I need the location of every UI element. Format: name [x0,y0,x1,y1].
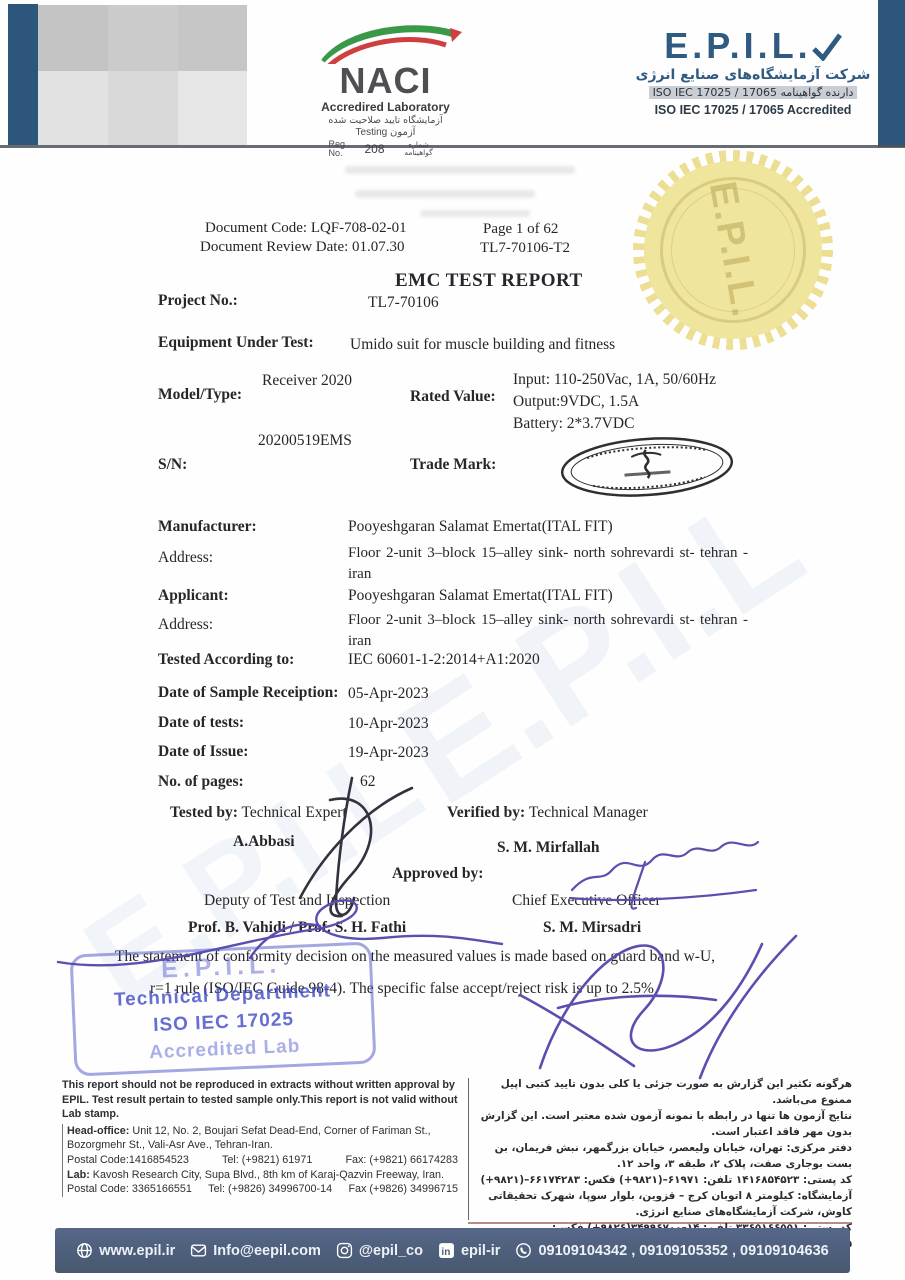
instagram-item: @epil_co [336,1242,423,1259]
rated-value-line1: Input: 110-250Vac, 1A, 50/60Hz [513,371,716,389]
head-office-contact-line: Postal Code:1416854523 Tel: (+9821) 6197… [67,1153,464,1168]
contact-bar: www.epil.ir Info@eepil.com @epil_co in e… [55,1228,850,1273]
footer-notice1-fa: هرگونه تکثیر این گزارش به صورت جزئی یا ک… [476,1076,852,1108]
lab-contact-line: Postal Code: 3365166551 Tel: (+9826) 349… [67,1182,464,1197]
naci-logo: NACI Accredired Laboratory آزمایشگاه تای… [288,20,483,158]
fax-2: Fax (+9826) 34996715 [348,1182,458,1197]
tel-2: Tel: (+9826) 34996700-14 [208,1182,332,1197]
scan-gray-block [108,71,178,145]
epil-wordmark-text: E.P.I.L. [664,25,811,66]
address2-label: Address: [158,616,213,634]
gold-embossed-seal: E.P.I.L. [633,150,833,350]
serial-number-value: 20200519EMS [258,432,352,450]
scan-gray-block [108,5,178,71]
date-of-issue-value: 19-Apr-2023 [348,744,429,762]
scan-gray-block [178,71,247,145]
trademark-label: Trade Mark: [410,456,496,474]
globe-icon [76,1242,93,1259]
standard-label: Tested According to: [158,651,294,669]
head-office-label: Head-office: [67,1125,129,1137]
model-type-value: Receiver 2020 [262,372,352,390]
footer-english: This report should not be reproduced in … [62,1078,464,1197]
rated-value-line3: Battery: 2*3.7VDC [513,415,634,433]
pages-value: 62 [360,773,376,791]
rated-value-label: Rated Value: [410,388,496,406]
lab-line: Lab: Kavosh Research City, Supa Blvd., 8… [67,1168,464,1183]
trademark-logo [556,430,738,504]
deputy-title: Deputy of Test and Inspection [204,892,390,910]
epil-cert-fa: دارنده گواهینامه ISO IEC 17025 / 17065 [649,86,858,99]
linkedin-icon: in [438,1242,455,1259]
scan-ghost-mark [345,166,575,174]
serial-number-label: S/N: [158,456,187,474]
naci-registration-row: Reg No. 208 شماره گواهینامه [288,140,483,158]
svg-text:in: in [441,1247,450,1258]
applicant-value: Pooyeshgaran Salamat Emertat(ITAL FIT) [348,587,613,605]
tested-by-role: Technical Expert [242,804,347,821]
pages-label: No. of pages: [158,773,244,791]
verified-by-name: S. M. Mirfallah [497,839,599,857]
naci-reg-label: Reg No. [328,140,354,158]
scan-gray-block [38,71,108,145]
project-no-label: Project No.: [158,292,238,310]
date-of-tests-value: 10-Apr-2023 [348,715,429,733]
email-text: Info@eepil.com [213,1243,321,1259]
scan-gray-block [178,5,247,71]
epil-company-fa: شرکت آزمایشگاه‌های صنایع انرژی [628,67,878,83]
approved-by-label: Approved by: [392,865,483,883]
document-code-line: Document Code: LQF-708-02-01 [205,220,407,237]
footer-addresses-en: Head-office: Unit 12, No. 2, Boujari Sef… [62,1124,464,1197]
scan-gray-block [38,5,108,71]
letterhead-right-bar [878,0,905,147]
naci-accredited-fa: آزمایشگاه تایید صلاحیت شده [288,115,483,126]
naci-testing-fa: آزمون [390,127,415,138]
manufacturer-value: Pooyeshgaran Salamat Emertat(ITAL FIT) [348,518,613,536]
postal-code-1-fa: کد پستی: ۱۴۱۶۸۵۴۵۲۳ تلفن: ۶۱۹۷۱–(۹۸۲۱+) … [476,1172,852,1188]
verified-by-line: Verified by: Technical Manager [447,804,648,822]
naci-flag-swoosh-icon [306,20,466,64]
footer-persian: هرگونه تکثیر این گزارش به صورت جزئی یا ک… [476,1076,852,1252]
linkedin-text: epil-ir [461,1243,500,1259]
instagram-text: @epil_co [359,1243,423,1259]
epil-accredited-line: ISO IEC 17025 / 17065 Accredited [628,103,878,117]
naci-testing-en: Testing [356,127,388,138]
standard-value: IEC 60601-1-2:2014+A1:2020 [348,651,540,669]
address-label: Address: [158,549,213,567]
epil-check-icon [812,31,842,67]
phones-text: 09109104342 , 09109105352 , 09109104636 [538,1243,828,1259]
manufacturer-label: Manufacturer: [158,518,257,536]
verified-by-label: Verified by: [447,804,525,821]
address2-value: Floor 2-unit 3–block 15–alley sink- nort… [348,610,748,652]
linkedin-item: in epil-ir [438,1242,500,1259]
phone-icon [515,1242,532,1259]
project-no-value: TL7-70106 [368,294,439,312]
page-number: Page 1 of 62 [483,221,558,238]
naci-reg-fa: شماره گواهینامه [395,141,443,157]
model-type-label: Model/Type: [158,386,242,404]
lab-label: Lab: [67,1169,90,1181]
postal-code-1: Postal Code:1416854523 [67,1153,189,1168]
website-item: www.epil.ir [76,1242,175,1259]
naci-testing-line: Testing آزمون [288,127,483,138]
sample-reception-value: 05-Apr-2023 [348,685,429,703]
eut-label: Equipment Under Test: [158,334,314,352]
epil-wordmark: E.P.I.L. [628,28,878,64]
epil-logo: E.P.I.L. شرکت آزمایشگاه‌های صنایع انرژی … [628,28,878,117]
head-office-line: Head-office: Unit 12, No. 2, Boujari Sef… [67,1124,464,1153]
date-of-tests-label: Date of tests: [158,714,244,732]
lab-fa: آزمایشگاه: کیلومتر ۸ اتوبان کرج – قزوین،… [476,1188,852,1220]
email-icon [190,1242,207,1259]
lab-value: Kavosh Research City, Supa Blvd., 8th km… [93,1169,444,1181]
applicant-label: Applicant: [158,587,229,605]
footer-column-divider [468,1078,469,1220]
address-value: Floor 2-unit 3–block 15–alley sink- nort… [348,543,748,585]
tested-by-name: A.Abbasi [233,833,295,851]
fax-1: Fax: (+9821) 66174283 [345,1153,458,1168]
instagram-icon [336,1242,353,1259]
report-title: EMC TEST REPORT [395,270,583,292]
tested-by-label: Tested by: [170,804,238,821]
scan-ghost-mark [420,210,530,217]
report-ref-number: TL7-70106-T2 [480,240,570,257]
head-office-fa: دفتر مرکزی: تهران، خیابان ولیعصر، خیابان… [476,1140,852,1172]
date-of-issue-label: Date of Issue: [158,743,248,761]
email-item: Info@eepil.com [190,1242,321,1259]
ceo-name: S. M. Mirsadri [543,919,641,937]
emc-test-report-page: E.P.I.L E.P.I.L NACI Accredired Laborato… [0,0,905,1280]
website-text: www.epil.ir [99,1243,175,1259]
naci-reg-number: 208 [364,142,384,156]
letterhead-left-bar [8,4,38,145]
tel-1: Tel: (+9821) 61971 [222,1153,312,1168]
eut-value: Umido suit for muscle building and fitne… [350,336,615,354]
scan-ghost-mark [355,190,535,198]
document-review-line: Document Review Date: 01.07.30 [200,239,405,256]
footer-notice2-fa: نتایج آزمون ها تنها در رابطه با نمونه آز… [476,1108,852,1140]
ceo-title: Chief Executive Officer [512,892,661,910]
naci-accredited-label: Accredired Laboratory [288,100,483,114]
tested-by-line: Tested by: Technical Expert [170,804,347,822]
rated-value-line2: Output:9VDC, 1.5A [513,393,639,411]
verified-by-role: Technical Manager [529,804,648,821]
footer-notice-en: This report should not be reproduced in … [62,1078,464,1122]
naci-wordmark: NACI [288,64,483,98]
postal-code-2: Postal Code: 3365166551 [67,1182,192,1197]
deputy-names: Prof. B. Vahidi / Prof. S. H. Fathi [188,919,406,937]
phone-item: 09109104342 , 09109105352 , 09109104636 [515,1242,828,1259]
sample-reception-label: Date of Sample Receiption: [158,684,338,702]
approval-stamp: E.P.I.L. Technical Department ISO IEC 17… [69,941,376,1076]
